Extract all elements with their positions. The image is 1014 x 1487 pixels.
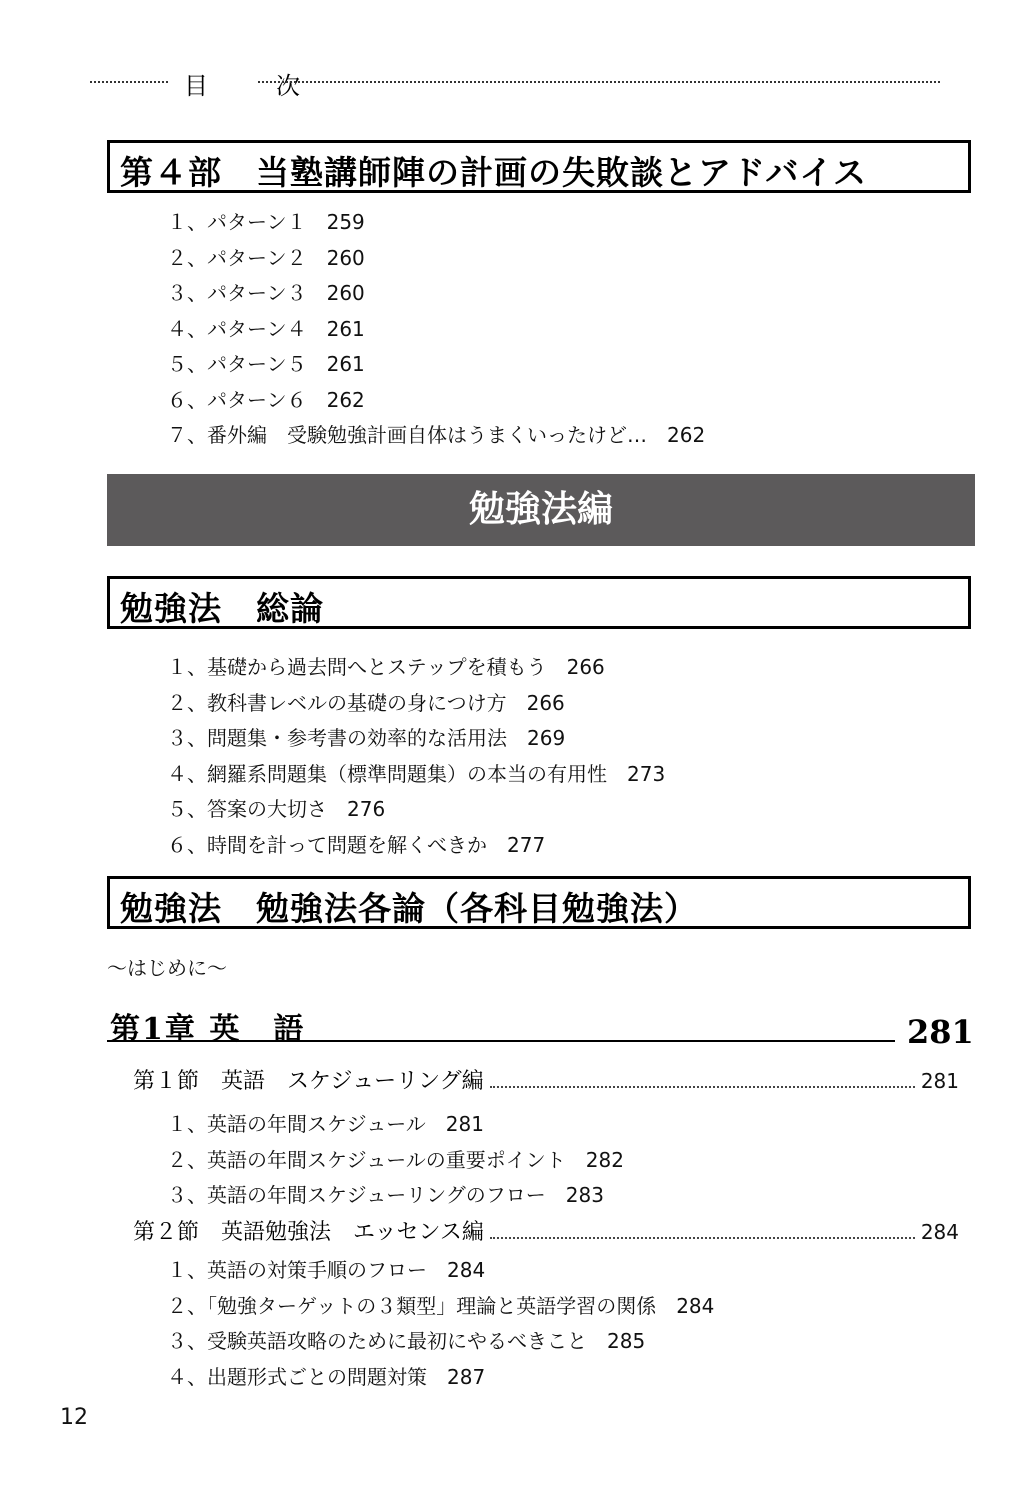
toc-entry[interactable]: ４、パターン４ 261	[167, 313, 365, 342]
dot-leader	[490, 1221, 915, 1239]
toc-entry[interactable]: １、英語の年間スケジュール 281	[167, 1108, 484, 1137]
general-heading-box: 勉強法 総論	[107, 576, 971, 629]
toc-entry[interactable]: ５、パターン５ 261	[167, 348, 365, 377]
toc-entry[interactable]: ２、パターン２ 260	[167, 242, 365, 271]
toc-entry[interactable]: １、英語の対策手順のフロー 284	[167, 1254, 485, 1283]
section-entry[interactable]: 第１節 英語 スケジューリング編 281	[133, 1064, 959, 1094]
page-number: 12	[60, 1405, 88, 1430]
toc-entry[interactable]: ４、出題形式ごとの問題対策 287	[167, 1361, 485, 1390]
dot-leader	[490, 1070, 915, 1088]
section-page: 284	[921, 1220, 959, 1244]
chapter-underline	[107, 1040, 895, 1042]
toc-entry[interactable]: ３、受験英語攻略のために最初にやるべきこと 285	[167, 1325, 645, 1354]
section-page: 281	[921, 1069, 959, 1093]
general-title: 勉強法 総論	[120, 583, 324, 630]
toc-entry[interactable]: ３、パターン３ 260	[167, 277, 365, 306]
toc-entry[interactable]: １、パターン１ 259	[167, 206, 365, 235]
toc-entry[interactable]: １、基礎から過去問へとステップを積もう 266	[167, 651, 605, 680]
section-entry[interactable]: 第２節 英語勉強法 エッセンス編 284	[133, 1215, 959, 1245]
vine-ornament	[90, 81, 168, 85]
part4-title: 第４部 当塾講師陣の計画の失敗談とアドバイス	[120, 147, 867, 194]
section-title: 第１節 英語 スケジューリング編	[133, 1064, 484, 1095]
toc-entry[interactable]: ２、英語の年間スケジュールの重要ポイント 282	[167, 1144, 624, 1173]
toc-header: 目 次	[90, 64, 970, 100]
part4-heading-box: 第４部 当塾講師陣の計画の失敗談とアドバイス	[107, 140, 971, 193]
toc-entry[interactable]: ２、「勉強ターゲットの３類型」理論と英語学習の関係 284	[167, 1290, 714, 1319]
specific-title: 勉強法 勉強法各論（各科目勉強法）	[120, 883, 698, 930]
specific-heading-box: 勉強法 勉強法各論（各科目勉強法）	[107, 876, 971, 929]
toc-entry[interactable]: ６、時間を計って問題を解くべきか 277	[167, 829, 545, 858]
toc-entry[interactable]: ６、パターン６ 262	[167, 384, 365, 413]
toc-entry[interactable]: ３、問題集・参考書の効率的な活用法 269	[167, 722, 565, 751]
study-method-band: 勉強法編	[107, 474, 975, 546]
vine-ornament	[258, 81, 940, 85]
section-title: 第２節 英語勉強法 エッセンス編	[133, 1215, 484, 1246]
chapter-page: 281	[907, 1013, 974, 1051]
toc-entry[interactable]: ２、教科書レベルの基礎の身につけ方 266	[167, 687, 565, 716]
toc-entry[interactable]: ４、網羅系問題集（標準問題集）の本当の有用性 273	[167, 758, 665, 787]
toc-entry[interactable]: ７、番外編 受験勉強計画自体はうまくいったけど… 262	[167, 419, 705, 448]
toc-entry[interactable]: ３、英語の年間スケジューリングのフロー 283	[167, 1179, 604, 1208]
intro-entry[interactable]: ～はじめに～	[107, 952, 227, 981]
toc-entry[interactable]: ５、答案の大切さ 276	[167, 793, 385, 822]
